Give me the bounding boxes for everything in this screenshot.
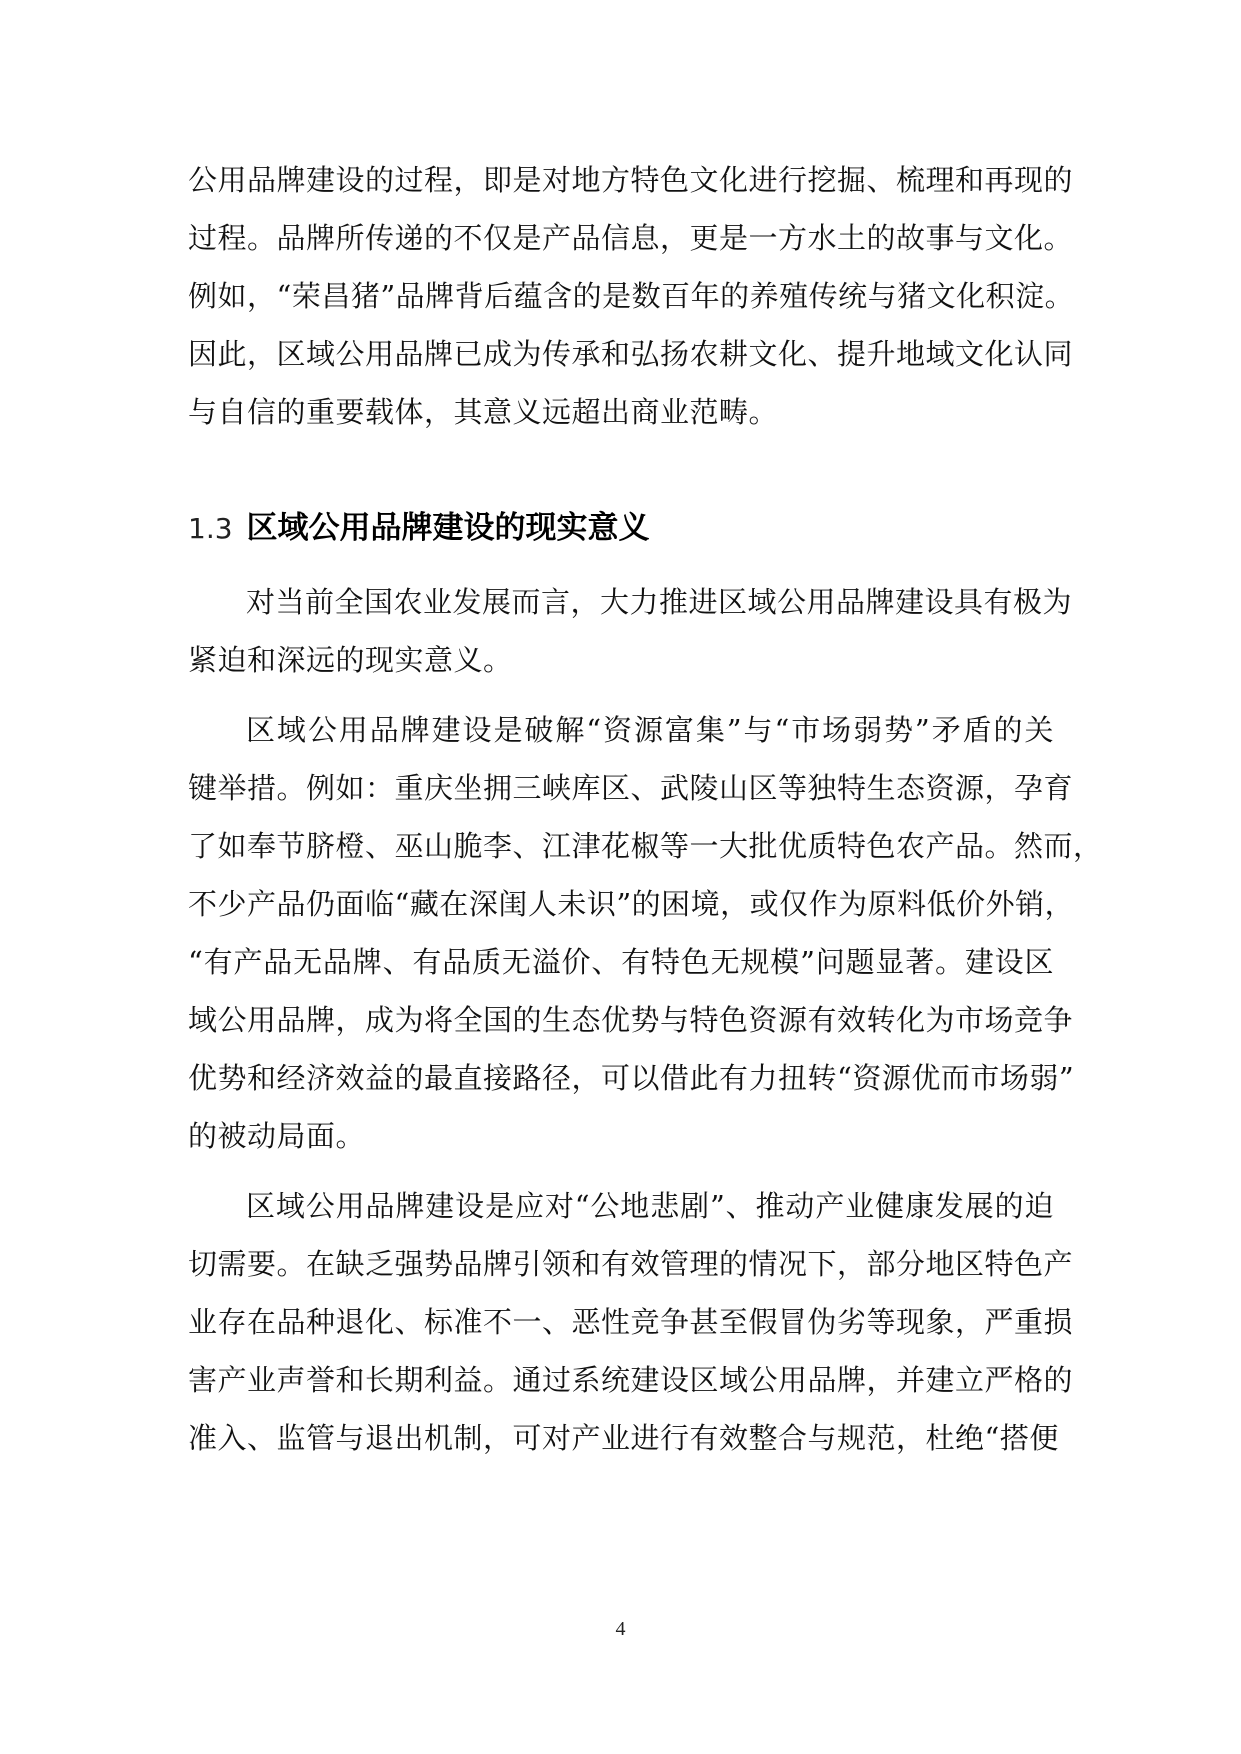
text-line: 的被动局面。	[188, 1116, 1054, 1156]
text-line: 例如，“荣昌猪”品牌背后蕴含的是数百年的养殖传统与猪文化积淀。	[188, 276, 1054, 316]
text-line: 区域公用品牌建设是应对“公地悲剧”、推动产业健康发展的迫	[246, 1186, 1054, 1226]
text-line: 域公用品牌，成为将全国的生态优势与特色资源有效转化为市场竞争	[188, 1000, 1054, 1040]
section-title: 区域公用品牌建设的现实意义	[247, 510, 650, 546]
text-line: “有产品无品牌、有品质无溢价、有特色无规模”问题显著。建设区	[188, 942, 1054, 982]
text-line: 与自信的重要载体，其意义远超出商业范畴。	[188, 392, 1054, 432]
text-line: 不少产品仍面临“藏在深闺人未识”的困境，或仅作为原料低价外销，	[188, 884, 1054, 924]
text-line: 因此，区域公用品牌已成为传承和弘扬农耕文化、提升地域文化认同	[188, 334, 1054, 374]
text-line: 优势和经济效益的最直接路径，可以借此有力扭转“资源优而市场弱”	[188, 1058, 1054, 1098]
section-heading: 1.3区域公用品牌建设的现实意义	[188, 506, 650, 550]
text-line: 了如奉节脐橙、巫山脆李、江津花椒等一大批优质特色农产品。然而，	[188, 826, 1054, 866]
text-line: 业存在品种退化、标准不一、恶性竞争甚至假冒伪劣等现象，严重损	[188, 1302, 1054, 1342]
page-number: 4	[0, 1618, 1241, 1641]
text-line: 害产业声誉和长期利益。通过系统建设区域公用品牌，并建立严格的	[188, 1360, 1054, 1400]
text-line: 公用品牌建设的过程，即是对地方特色文化进行挖掘、梳理和再现的	[188, 160, 1054, 200]
text-line: 对当前全国农业发展而言，大力推进区域公用品牌建设具有极为	[246, 582, 1054, 622]
text-line: 键举措。例如：重庆坐拥三峡库区、武陵山区等独特生态资源，孕育	[188, 768, 1054, 808]
text-line: 过程。品牌所传递的不仅是产品信息，更是一方水土的故事与文化。	[188, 218, 1054, 258]
text-line: 区域公用品牌建设是破解“资源富集”与“市场弱势”矛盾的关	[246, 710, 1054, 750]
text-line: 准入、监管与退出机制，可对产业进行有效整合与规范，杜绝“搭便	[188, 1418, 1054, 1458]
text-line: 紧迫和深远的现实意义。	[188, 640, 1054, 680]
text-line: 切需要。在缺乏强势品牌引领和有效管理的情况下，部分地区特色产	[188, 1244, 1054, 1284]
section-number: 1.3	[188, 512, 233, 545]
